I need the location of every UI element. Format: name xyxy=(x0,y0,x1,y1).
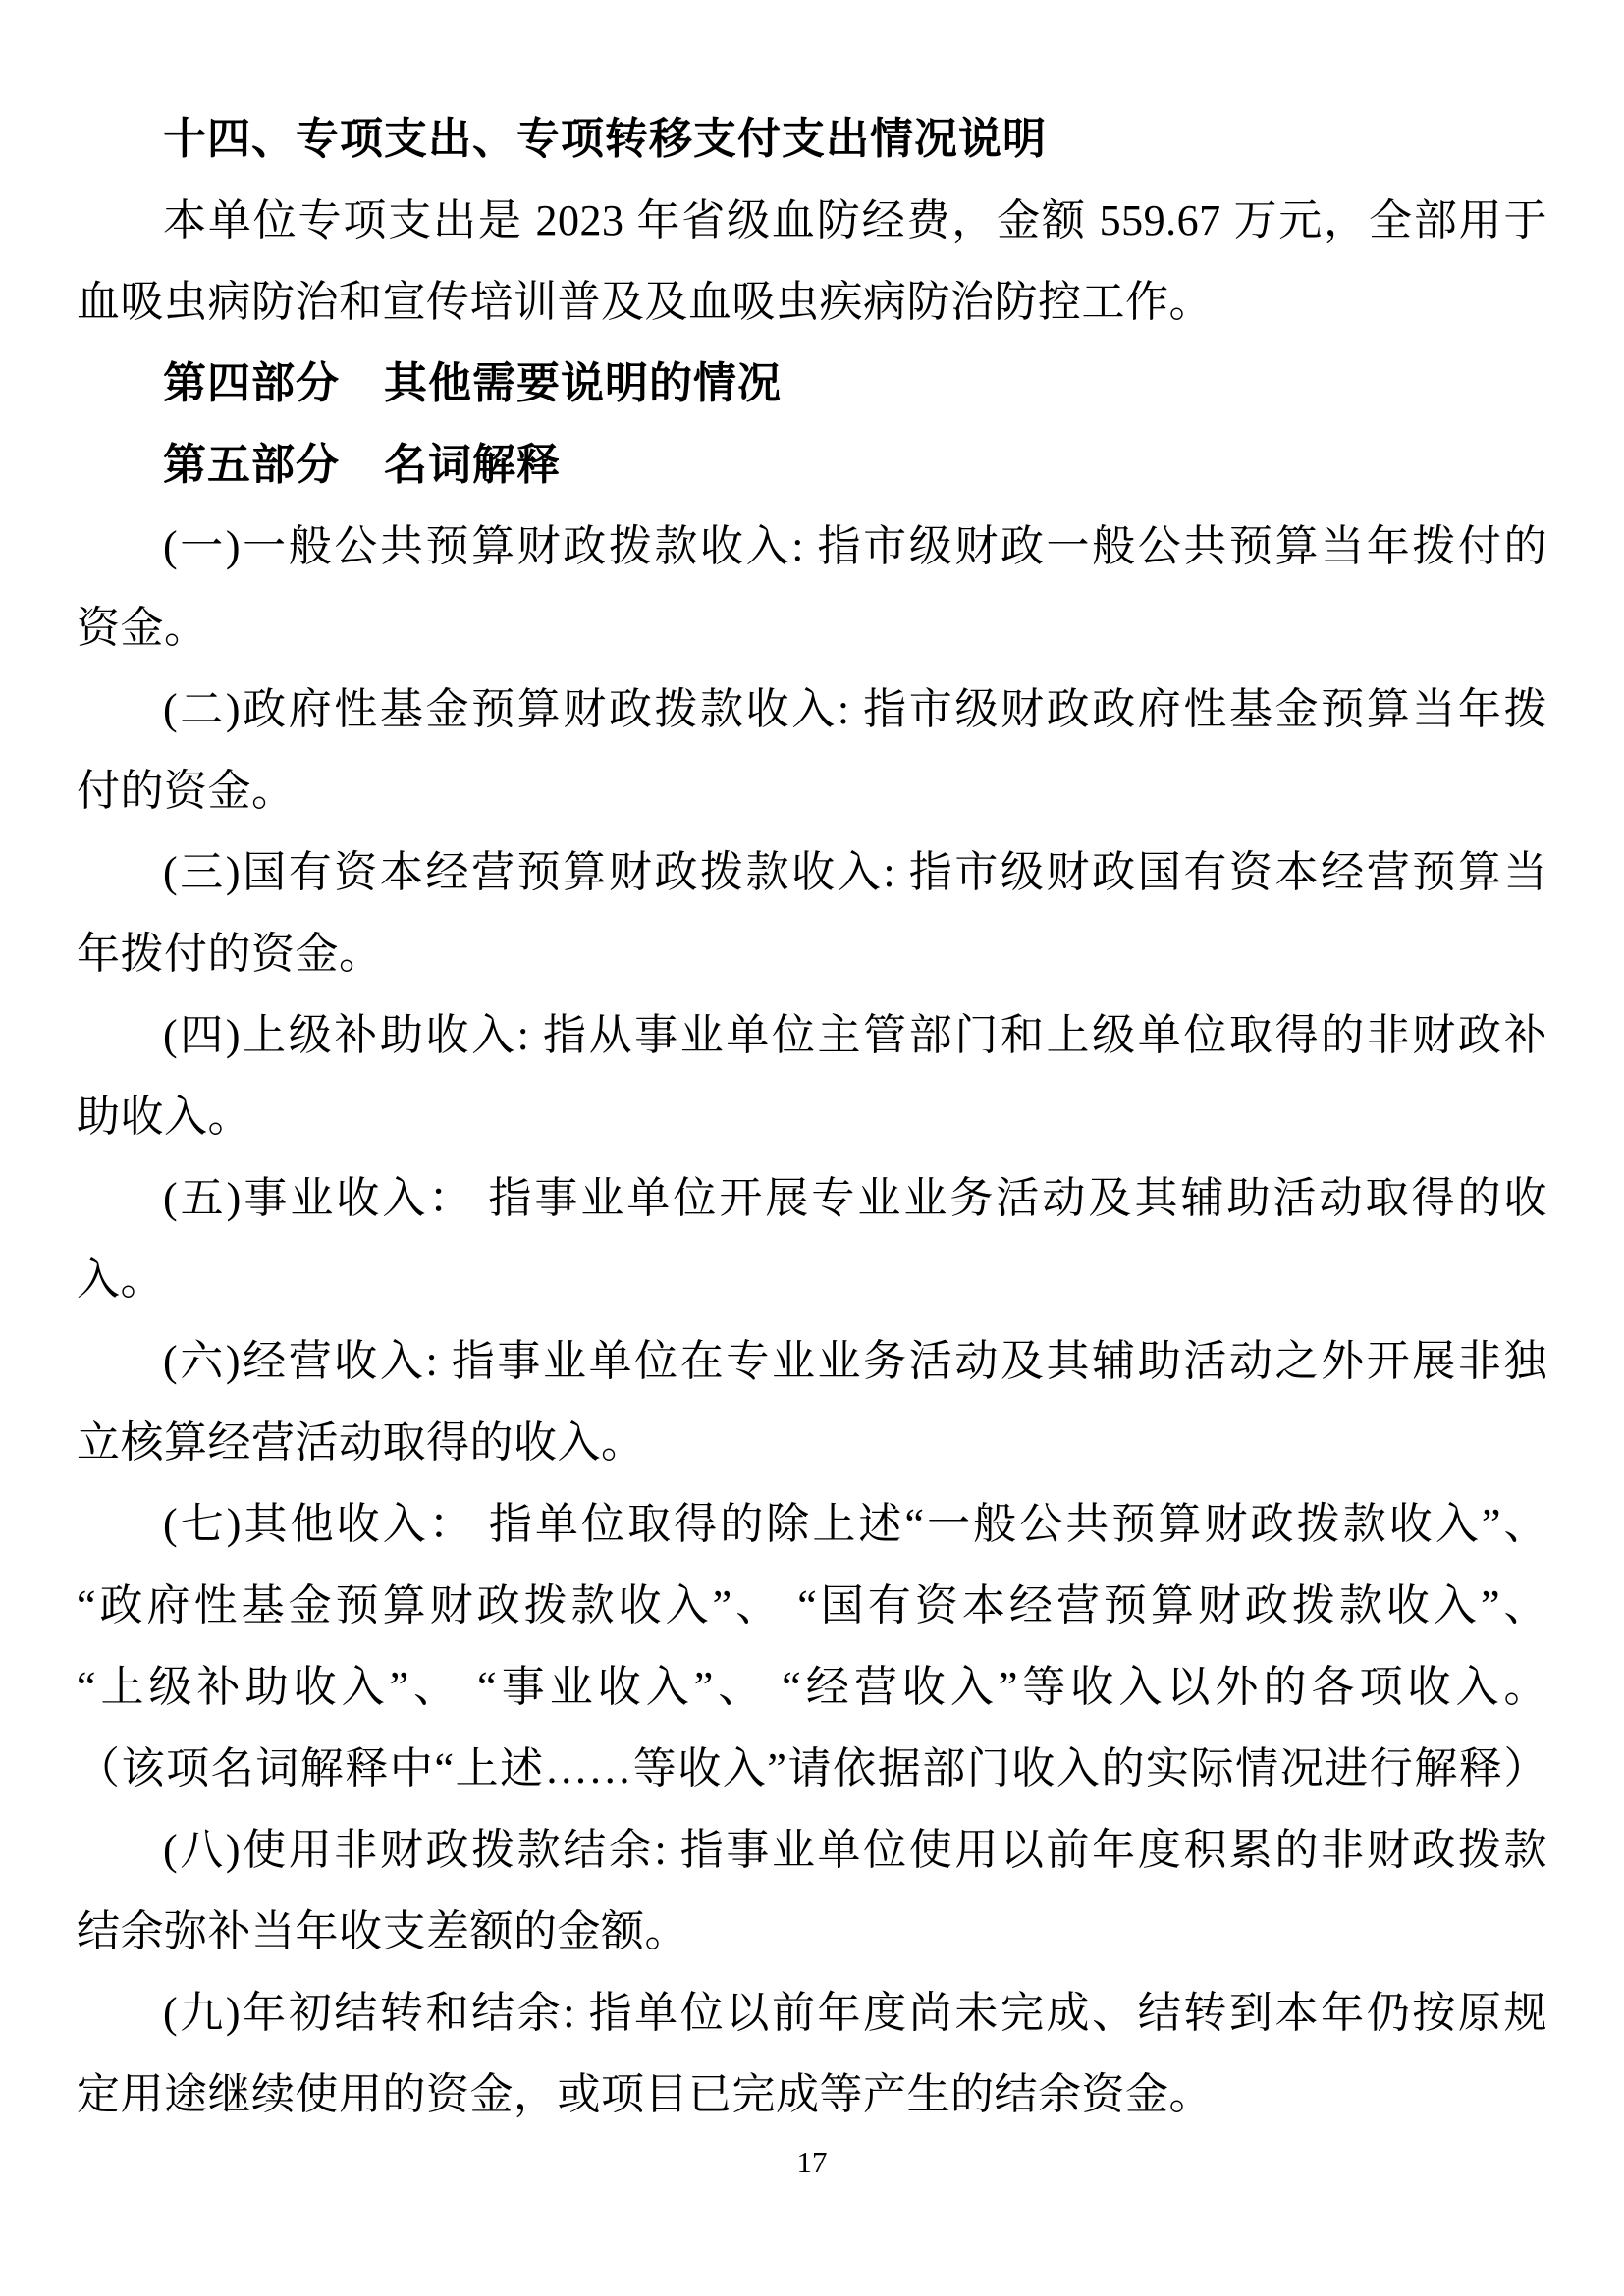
definition-4-line-2: 助收入。 xyxy=(77,1076,1547,1157)
definition-7-line-1: (七)其他收入： 指单位取得的除上述“一般公共预算财政拨款收入”、 xyxy=(77,1483,1547,1565)
definition-9-line-2: 定用途继续使用的资金，或项目已完成等产生的结余资金。 xyxy=(77,2054,1547,2135)
definition-2-line-2: 付的资金。 xyxy=(77,750,1547,831)
para-special-expenditure-line-1: 本单位专项支出是 2023 年省级血防经费，金额 559.67 万元，全部用于 xyxy=(77,180,1547,261)
heading-special-expenditure: 十四、专项支出、专项转移支付支出情况说明 xyxy=(77,98,1547,180)
definition-1-line-2: 资金。 xyxy=(77,587,1547,668)
page-number: 17 xyxy=(77,2143,1547,2182)
document-page: 十四、专项支出、专项转移支付支出情况说明 本单位专项支出是 2023 年省级血防… xyxy=(0,0,1624,2296)
definition-1-line-1: (一)一般公共预算财政拨款收入: 指市级财政一般公共预算当年拨付的 xyxy=(77,506,1547,587)
definition-9-line-1: (九)年初结转和结余: 指单位以前年度尚未完成、结转到本年仍按原规 xyxy=(77,1972,1547,2054)
definition-6-line-2: 立核算经营活动取得的收入。 xyxy=(77,1402,1547,1483)
heading-part-five: 第五部分 名词解释 xyxy=(77,424,1547,506)
heading-part-four: 第四部分 其他需要说明的情况 xyxy=(77,343,1547,424)
para-special-expenditure-line-2: 血吸虫病防治和宣传培训普及及血吸虫疾病防治防控工作。 xyxy=(77,261,1547,343)
definition-7-note: （该项名词解释中“上述……等收入”请依据部门收入的实际情况进行解释） xyxy=(77,1728,1547,1809)
definition-4-line-1: (四)上级补助收入: 指从事业单位主管部门和上级单位取得的非财政补 xyxy=(77,994,1547,1076)
definition-5-line-2: 入。 xyxy=(77,1239,1547,1320)
definition-7-line-3: “上级补助收入”、 “事业收入”、 “经营收入”等收入以外的各项收入。 xyxy=(77,1646,1547,1728)
definition-2-line-1: (二)政府性基金预算财政拨款收入: 指市级财政政府性基金预算当年拨 xyxy=(77,668,1547,750)
definition-5-line-1: (五)事业收入： 指事业单位开展专业业务活动及其辅助活动取得的收 xyxy=(77,1157,1547,1239)
definition-8-line-2: 结余弥补当年收支差额的金额。 xyxy=(77,1891,1547,1972)
definition-7-line-2: “政府性基金预算财政拨款收入”、 “国有资本经营预算财政拨款收入”、 xyxy=(77,1565,1547,1646)
definition-3-line-1: (三)国有资本经营预算财政拨款收入: 指市级财政国有资本经营预算当 xyxy=(77,831,1547,913)
definition-8-line-1: (八)使用非财政拨款结余: 指事业单位使用以前年度积累的非财政拨款 xyxy=(77,1809,1547,1891)
definition-6-line-1: (六)经营收入: 指事业单位在专业业务活动及其辅助活动之外开展非独 xyxy=(77,1320,1547,1402)
definition-3-line-2: 年拨付的资金。 xyxy=(77,913,1547,994)
